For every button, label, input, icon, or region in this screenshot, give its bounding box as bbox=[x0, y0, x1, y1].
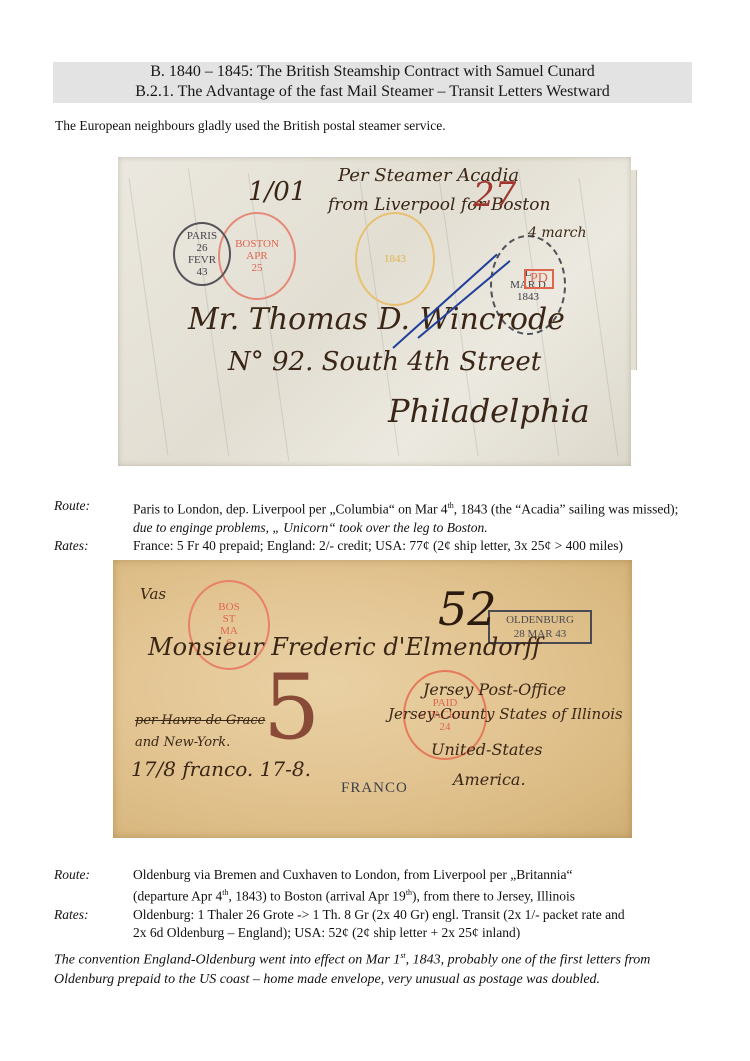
manuscript-top-left: Vas bbox=[140, 585, 166, 603]
manuscript-struck-route-2: and New-York. bbox=[135, 735, 230, 750]
address-line-5: America. bbox=[453, 770, 526, 789]
cover2-caption: Route: Oldenburg via Bremen and Cuxhaven… bbox=[54, 866, 694, 942]
rates-text: Oldenburg: 1 Thaler 26 Grote -> 1 Th. 8 … bbox=[133, 906, 694, 942]
manuscript-route-line: from Liverpool for Boston bbox=[328, 195, 550, 215]
section-title: B. 1840 – 1845: The British Steamship Co… bbox=[53, 62, 692, 82]
manuscript-rate-mark: 27 bbox=[473, 175, 516, 215]
route-text: Oldenburg via Bremen and Cuxhaven to Lon… bbox=[133, 866, 694, 906]
intro-text: The European neighbours gladly used the … bbox=[55, 118, 446, 134]
transit-postmark-yellow: 1843 bbox=[355, 212, 435, 306]
paris-postmark: PARIS26FEVR43 bbox=[173, 222, 231, 286]
section-header: B. 1840 – 1845: The British Steamship Co… bbox=[53, 62, 692, 103]
address-line-3: Jersey-County States of Illinois bbox=[388, 705, 623, 723]
addressee-name: Monsieur Frederic d'Elmendorff bbox=[148, 633, 541, 661]
rates-label: Rates: bbox=[54, 906, 133, 942]
cover2-image: Vas BOSSTMA6 OLDENBURG 28 MAR 43 52 PAID… bbox=[113, 560, 632, 838]
manuscript-struck-route-1: per Havre de Grace bbox=[135, 713, 265, 728]
manuscript-big-five: 5 bbox=[263, 655, 320, 760]
closing-note: The convention England-Oldenburg went in… bbox=[54, 946, 704, 989]
addressee-street: N° 92. South 4th Street bbox=[228, 347, 541, 377]
subsection-title: B.2.1. The Advantage of the fast Mail St… bbox=[53, 82, 692, 102]
addressee-city: Philadelphia bbox=[388, 392, 590, 430]
route-text: Paris to London, dep. Liverpool per „Col… bbox=[133, 497, 694, 537]
address-line-4: United-States bbox=[431, 740, 543, 759]
route-label: Route: bbox=[54, 497, 133, 537]
address-line-2: Jersey Post-Office bbox=[423, 680, 566, 699]
manuscript-franco-line: 17/8 franco. 17-8. bbox=[131, 757, 311, 781]
route-label: Route: bbox=[54, 866, 133, 906]
pd-handstamp: PD bbox=[524, 269, 554, 289]
franco-handstamp: FRANCO bbox=[341, 780, 408, 797]
manuscript-left-mark: 1/01 bbox=[248, 177, 306, 207]
rates-label: Rates: bbox=[54, 537, 133, 555]
rates-text: France: 5 Fr 40 prepaid; England: 2/- cr… bbox=[133, 537, 694, 555]
addressee-name: Mr. Thomas D. Wincrode bbox=[188, 302, 565, 337]
cover1-caption: Route: Paris to London, dep. Liverpool p… bbox=[54, 497, 694, 555]
cover1-image: BOSTONAPR25 PARIS26FEVR43 1843 LMAR D184… bbox=[118, 157, 631, 466]
manuscript-rate-52: 52 bbox=[438, 582, 497, 636]
manuscript-date-line: 4 march bbox=[528, 225, 587, 241]
